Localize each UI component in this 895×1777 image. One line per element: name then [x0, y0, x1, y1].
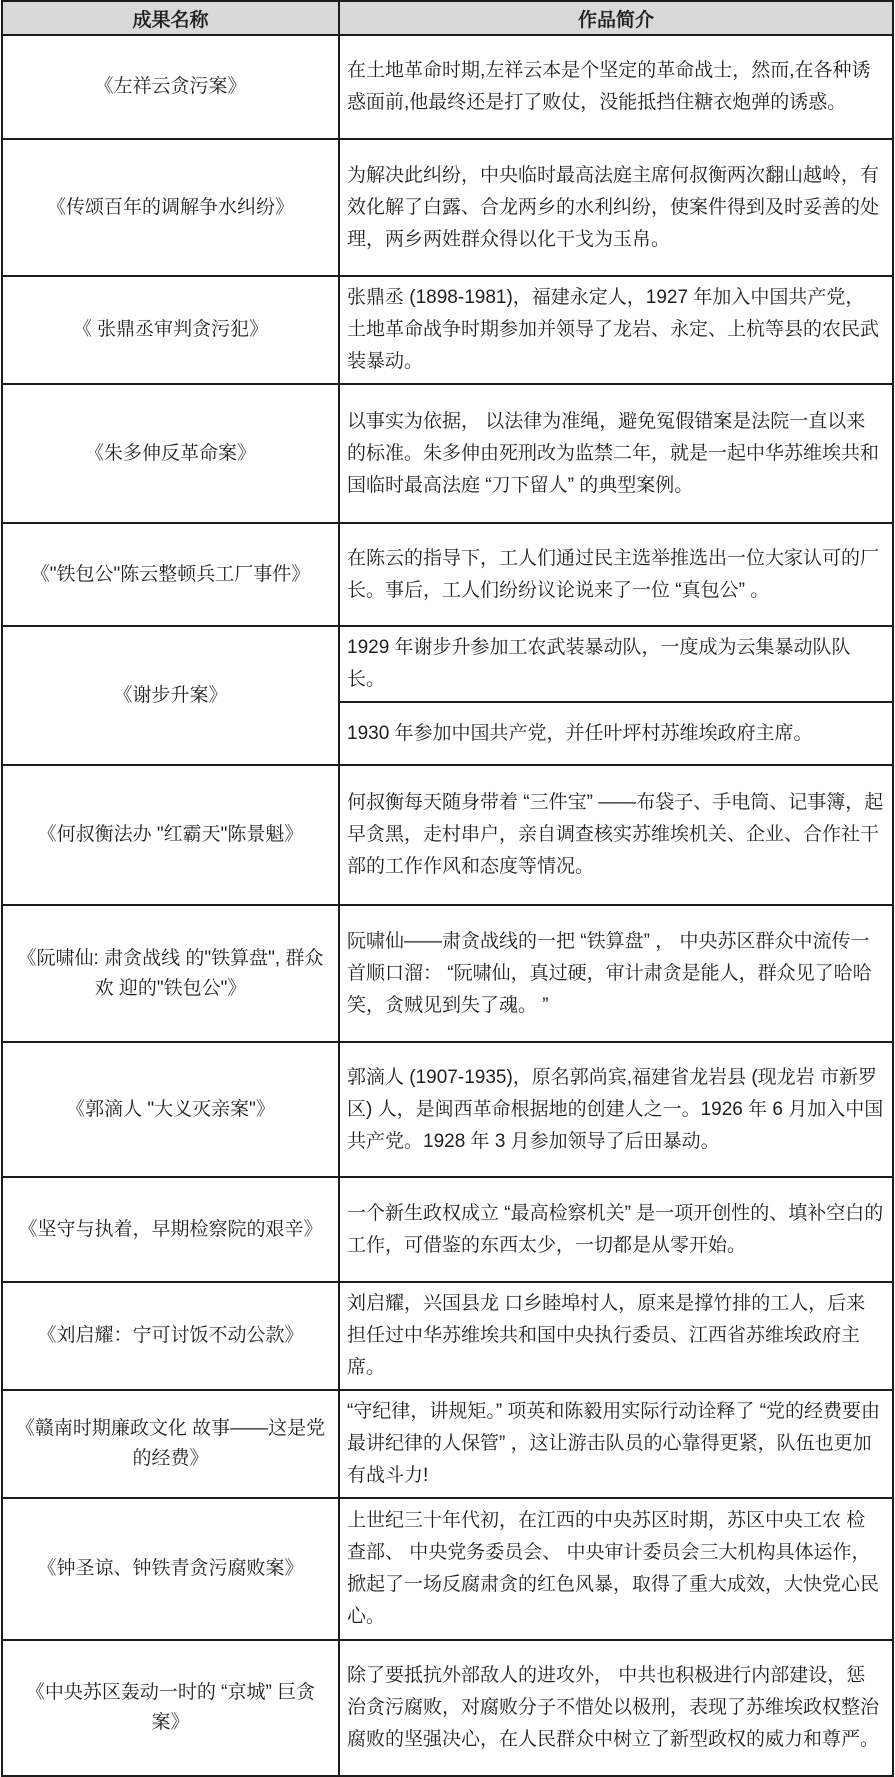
table-row: 《左祥云贪污案》 在土地革命时期,左祥云本是个坚定的革命战士，然而,在各种诱惑面…: [2, 35, 893, 139]
work-summary: 除了要抵抗外部敌人的进攻外， 中共也积极进行内部建设，惩治贪污腐败，对腐败分子不…: [339, 1640, 893, 1776]
work-title: 《 张鼎丞审判贪污犯》: [2, 276, 339, 384]
table-row: 《中央苏区轰动一时的 “京城” 巨贪案》 除了要抵抗外部敌人的进攻外， 中共也积…: [2, 1640, 893, 1776]
table-row: 《阮啸仙: 肃贪战线 的"铁算盘", 群众欢 迎的"铁包公"》 阮啸仙——肃贪战…: [2, 905, 893, 1042]
table-row: 《钟圣谅、钟铁青贪污腐败案》 上世纪三十年代初，在江西的中央苏区时期，苏区中央工…: [2, 1498, 893, 1640]
table-row: 《何叔衡法办 "红霸天"陈景魁》 何叔衡每天随身带着 “三件宝” ——布袋子、手…: [2, 765, 893, 905]
work-title: 《谢步升案》: [2, 626, 339, 765]
work-summary: 在土地革命时期,左祥云本是个坚定的革命战士，然而,在各种诱惑面前,他最终还是打了…: [339, 35, 893, 139]
work-summary: 一个新生政权成立 “最高检察机关” 是一项开创性的、填补空白的工作，可借鉴的东西…: [339, 1177, 893, 1282]
work-summary: 上世纪三十年代初，在江西的中央苏区时期，苏区中央工农 检查部、 中央党务委员会、…: [339, 1498, 893, 1640]
work-title: 《何叔衡法办 "红霸天"陈景魁》: [2, 765, 339, 905]
table-row: 《朱多伸反革命案》 以事实为依据， 以法律为准绳，避免冤假错案是法院一直以来的标…: [2, 384, 893, 523]
work-summary: 何叔衡每天随身带着 “三件宝” ——布袋子、手电筒、记事簿，起早贪黑，走村串户，…: [339, 765, 893, 905]
work-title: 《"铁包公"陈云整顿兵工厂事件》: [2, 523, 339, 626]
work-title: 《左祥云贪污案》: [2, 35, 339, 139]
work-title: 《传颂百年的调解争水纠纷》: [2, 139, 339, 276]
table-row: 《传颂百年的调解争水纠纷》 为解决此纠纷，中央临时最高法庭主席何叔衡两次翻山越岭…: [2, 139, 893, 276]
work-title: 《阮啸仙: 肃贪战线 的"铁算盘", 群众欢 迎的"铁包公"》: [2, 905, 339, 1042]
work-title: 《朱多伸反革命案》: [2, 384, 339, 523]
table-row: 《"铁包公"陈云整顿兵工厂事件》 在陈云的指导下，工人们通过民主选举推选出一位大…: [2, 523, 893, 626]
work-summary: 郭滴人 (1907-1935)，原名郭尚宾,福建省龙岩县 (现龙岩 市新罗区) …: [339, 1042, 893, 1177]
work-summary: 张鼎丞 (1898-1981)，福建永定人，1927 年加入中国共产党， 土地革…: [339, 276, 893, 384]
column-header-work-intro: 作品简介: [339, 1, 893, 35]
work-summary: “守纪律，讲规矩。” 项英和陈毅用实际行动诠释了 “党的经费要由最讲纪律的人保管…: [339, 1390, 893, 1498]
work-title: 《刘启耀：宁可讨饭不动公款》: [2, 1282, 339, 1390]
header-row: 成果名称 作品简介: [2, 1, 893, 35]
work-summary: 1930 年参加中国共产党，并任叶坪村苏维埃政府主席。: [339, 702, 893, 765]
work-summary: 以事实为依据， 以法律为准绳，避免冤假错案是法院一直以来的标准。朱多伸由死刑改为…: [339, 384, 893, 523]
work-title: 《钟圣谅、钟铁青贪污腐败案》: [2, 1498, 339, 1640]
table-row: 《刘启耀：宁可讨饭不动公款》 刘启耀，兴国县龙 口乡睦埠村人，原来是撑竹排的工人…: [2, 1282, 893, 1390]
work-summary: 刘启耀，兴国县龙 口乡睦埠村人，原来是撑竹排的工人，后来担任过中华苏维埃共和国中…: [339, 1282, 893, 1390]
table-row: 《赣南时期廉政文化 故事——这是党的经费》 “守纪律，讲规矩。” 项英和陈毅用实…: [2, 1390, 893, 1498]
column-header-achievement-name: 成果名称: [2, 1, 339, 35]
table-row: 《坚守与执着，早期检察院的艰辛》 一个新生政权成立 “最高检察机关” 是一项开创…: [2, 1177, 893, 1282]
work-title: 《坚守与执着，早期检察院的艰辛》: [2, 1177, 339, 1282]
work-summary: 阮啸仙——肃贪战线的一把 “铁算盘” ， 中央苏区群众中流传一首顺口溜： “阮啸…: [339, 905, 893, 1042]
work-title: 《郭滴人 "大义灭亲案"》: [2, 1042, 339, 1177]
table-row: 《郭滴人 "大义灭亲案"》 郭滴人 (1907-1935)，原名郭尚宾,福建省龙…: [2, 1042, 893, 1177]
work-title: 《中央苏区轰动一时的 “京城” 巨贪案》: [2, 1640, 339, 1776]
achievements-table: 成果名称 作品简介 《左祥云贪污案》 在土地革命时期,左祥云本是个坚定的革命战士…: [1, 0, 894, 1777]
work-summary: 1929 年谢步升参加工农武装暴动队，一度成为云集暴动队队长。: [339, 626, 893, 702]
work-summary: 为解决此纠纷，中央临时最高法庭主席何叔衡两次翻山越岭，有效化解了白露、合龙两乡的…: [339, 139, 893, 276]
table-row: 《 张鼎丞审判贪污犯》 张鼎丞 (1898-1981)，福建永定人，1927 年…: [2, 276, 893, 384]
work-title: 《赣南时期廉政文化 故事——这是党的经费》: [2, 1390, 339, 1498]
work-summary: 在陈云的指导下，工人们通过民主选举推选出一位大家认可的厂长。事后，工人们纷纷议论…: [339, 523, 893, 626]
table-row: 《谢步升案》 1929 年谢步升参加工农武装暴动队，一度成为云集暴动队队长。: [2, 626, 893, 702]
